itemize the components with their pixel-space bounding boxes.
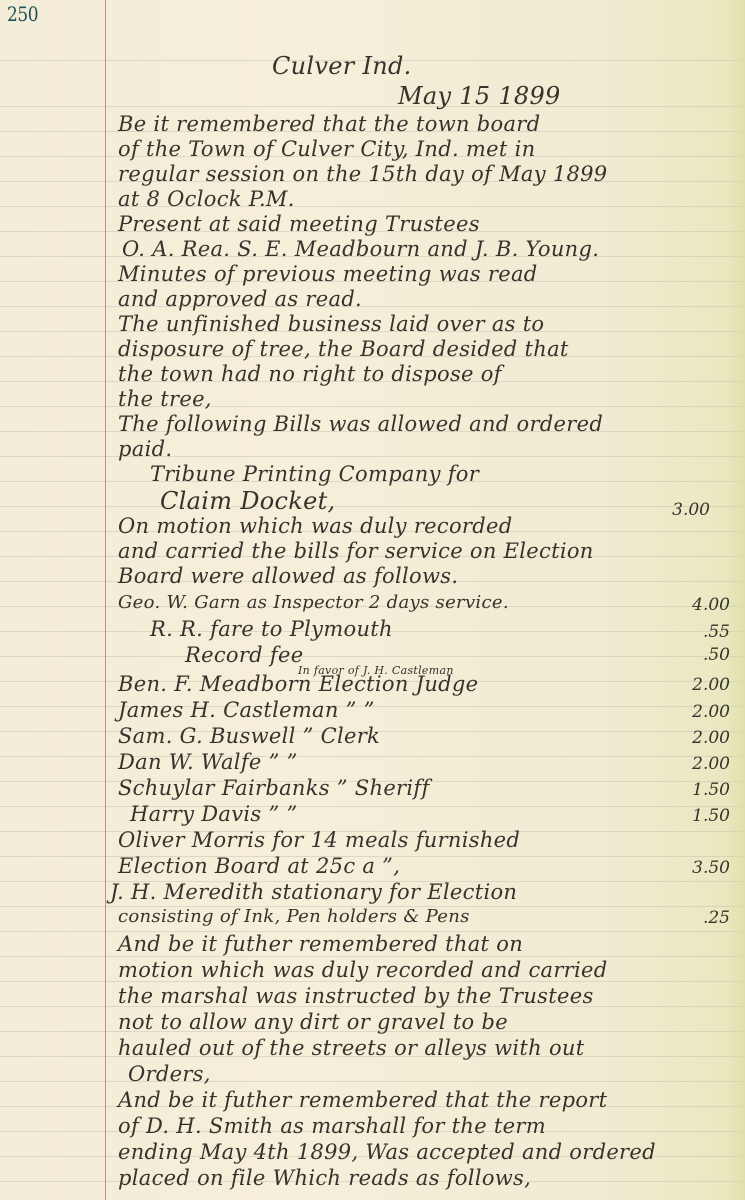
body-line: Present at said meeting Trustees bbox=[118, 212, 480, 236]
bill-amount: 2.00 bbox=[660, 754, 730, 774]
bill-amount: .55 bbox=[660, 622, 730, 642]
body-line: The following Bills was allowed and orde… bbox=[118, 412, 603, 436]
bill-item: Ben. F. Meadborn Election Judge bbox=[118, 672, 478, 696]
bill-item: Dan W. Walfe ” ” bbox=[118, 750, 298, 774]
bill-amount: 2.00 bbox=[660, 728, 730, 748]
ruling-line bbox=[0, 406, 745, 407]
bill-item: James H. Castleman ” ” bbox=[118, 698, 375, 722]
claim-docket-amount: 3.00 bbox=[640, 500, 710, 520]
bill-item: Record fee bbox=[185, 643, 303, 667]
date-heading: May 15 1899 bbox=[398, 82, 561, 110]
bill-amount: 1.50 bbox=[660, 806, 730, 826]
bill-item: Schuylar Fairbanks ” Sheriff bbox=[118, 776, 430, 800]
closing-line: the marshal was instructed by the Truste… bbox=[118, 984, 594, 1008]
closing-line: motion which was duly recorded and carri… bbox=[118, 958, 608, 982]
bill-amount: 4.00 bbox=[660, 595, 730, 615]
body-line: and carried the bills for service on Ele… bbox=[118, 539, 594, 563]
bill-item: Geo. W. Garn as Inspector 2 days service… bbox=[118, 592, 509, 613]
closing-line: not to allow any dirt or gravel to be bbox=[118, 1010, 508, 1034]
body-line: regular session on the 15th day of May 1… bbox=[118, 162, 607, 186]
ruling-line bbox=[0, 306, 745, 307]
body-line: paid. bbox=[118, 437, 172, 461]
closing-line: of D. H. Smith as marshall for the term bbox=[118, 1114, 546, 1138]
body-line: On motion which was duly recorded bbox=[118, 514, 512, 538]
ruling-line bbox=[0, 756, 745, 757]
body-line: Claim Docket, bbox=[160, 487, 335, 515]
body-line: Board were allowed as follows. bbox=[118, 564, 458, 588]
ruling-line bbox=[0, 956, 745, 957]
ledger-page: 250 Culver Ind. May 15 1899 Be it rememb… bbox=[0, 0, 745, 1200]
bill-item: Sam. G. Buswell ” Clerk bbox=[118, 724, 380, 748]
ruling-line bbox=[0, 206, 745, 207]
body-line: and approved as read. bbox=[118, 287, 362, 311]
bill-item: Election Board at 25c a ”, bbox=[118, 854, 400, 878]
ruling-line bbox=[0, 656, 745, 657]
page-number: 250 bbox=[7, 2, 38, 26]
ruling-line bbox=[0, 1081, 745, 1082]
bill-item: consisting of Ink, Pen holders & Pens bbox=[118, 906, 470, 927]
closing-line: ending May 4th 1899, Was accepted and or… bbox=[118, 1140, 656, 1164]
body-line: the tree, bbox=[118, 387, 212, 411]
closing-line: Orders, bbox=[128, 1062, 211, 1086]
margin-line bbox=[105, 0, 106, 1200]
closing-line: And be it futher remembered that on bbox=[118, 932, 523, 956]
ruling-line bbox=[0, 106, 745, 107]
ruling-line bbox=[0, 506, 745, 507]
bill-amount: 2.00 bbox=[660, 702, 730, 722]
body-line: O. A. Rea. S. E. Meadbourn and J. B. You… bbox=[122, 237, 599, 261]
bill-item: J. H. Meredith stationary for Election bbox=[110, 880, 517, 904]
bill-amount: 2.00 bbox=[660, 675, 730, 695]
ruling-line bbox=[0, 806, 745, 807]
body-line: of the Town of Culver City, Ind. met in bbox=[118, 137, 535, 161]
body-line: Be it remembered that the town board bbox=[118, 112, 540, 136]
body-line: The unfinished business laid over as to bbox=[118, 312, 544, 336]
bill-amount: .50 bbox=[660, 645, 730, 665]
bill-item: Oliver Morris for 14 meals furnished bbox=[118, 828, 520, 852]
bill-item: Harry Davis ” ” bbox=[130, 802, 298, 826]
bill-amount: .25 bbox=[660, 908, 730, 928]
body-line: disposure of tree, the Board desided tha… bbox=[118, 337, 569, 361]
bill-amount: 3.50 bbox=[660, 858, 730, 878]
closing-line: And be it futher remembered that the rep… bbox=[118, 1088, 607, 1112]
bill-item: R. R. fare to Plymouth bbox=[150, 617, 393, 641]
bill-amount: 1.50 bbox=[660, 780, 730, 800]
closing-line: placed on file Which reads as follows, bbox=[118, 1166, 531, 1190]
body-line: Minutes of previous meeting was read bbox=[118, 262, 538, 286]
body-line: the town had no right to dispose of bbox=[118, 362, 502, 386]
body-line: at 8 Oclock P.M. bbox=[118, 187, 295, 211]
place-heading: Culver Ind. bbox=[272, 52, 412, 80]
body-line: Tribune Printing Company for bbox=[150, 462, 479, 486]
ruling-line bbox=[0, 456, 745, 457]
closing-line: hauled out of the streets or alleys with… bbox=[118, 1036, 584, 1060]
